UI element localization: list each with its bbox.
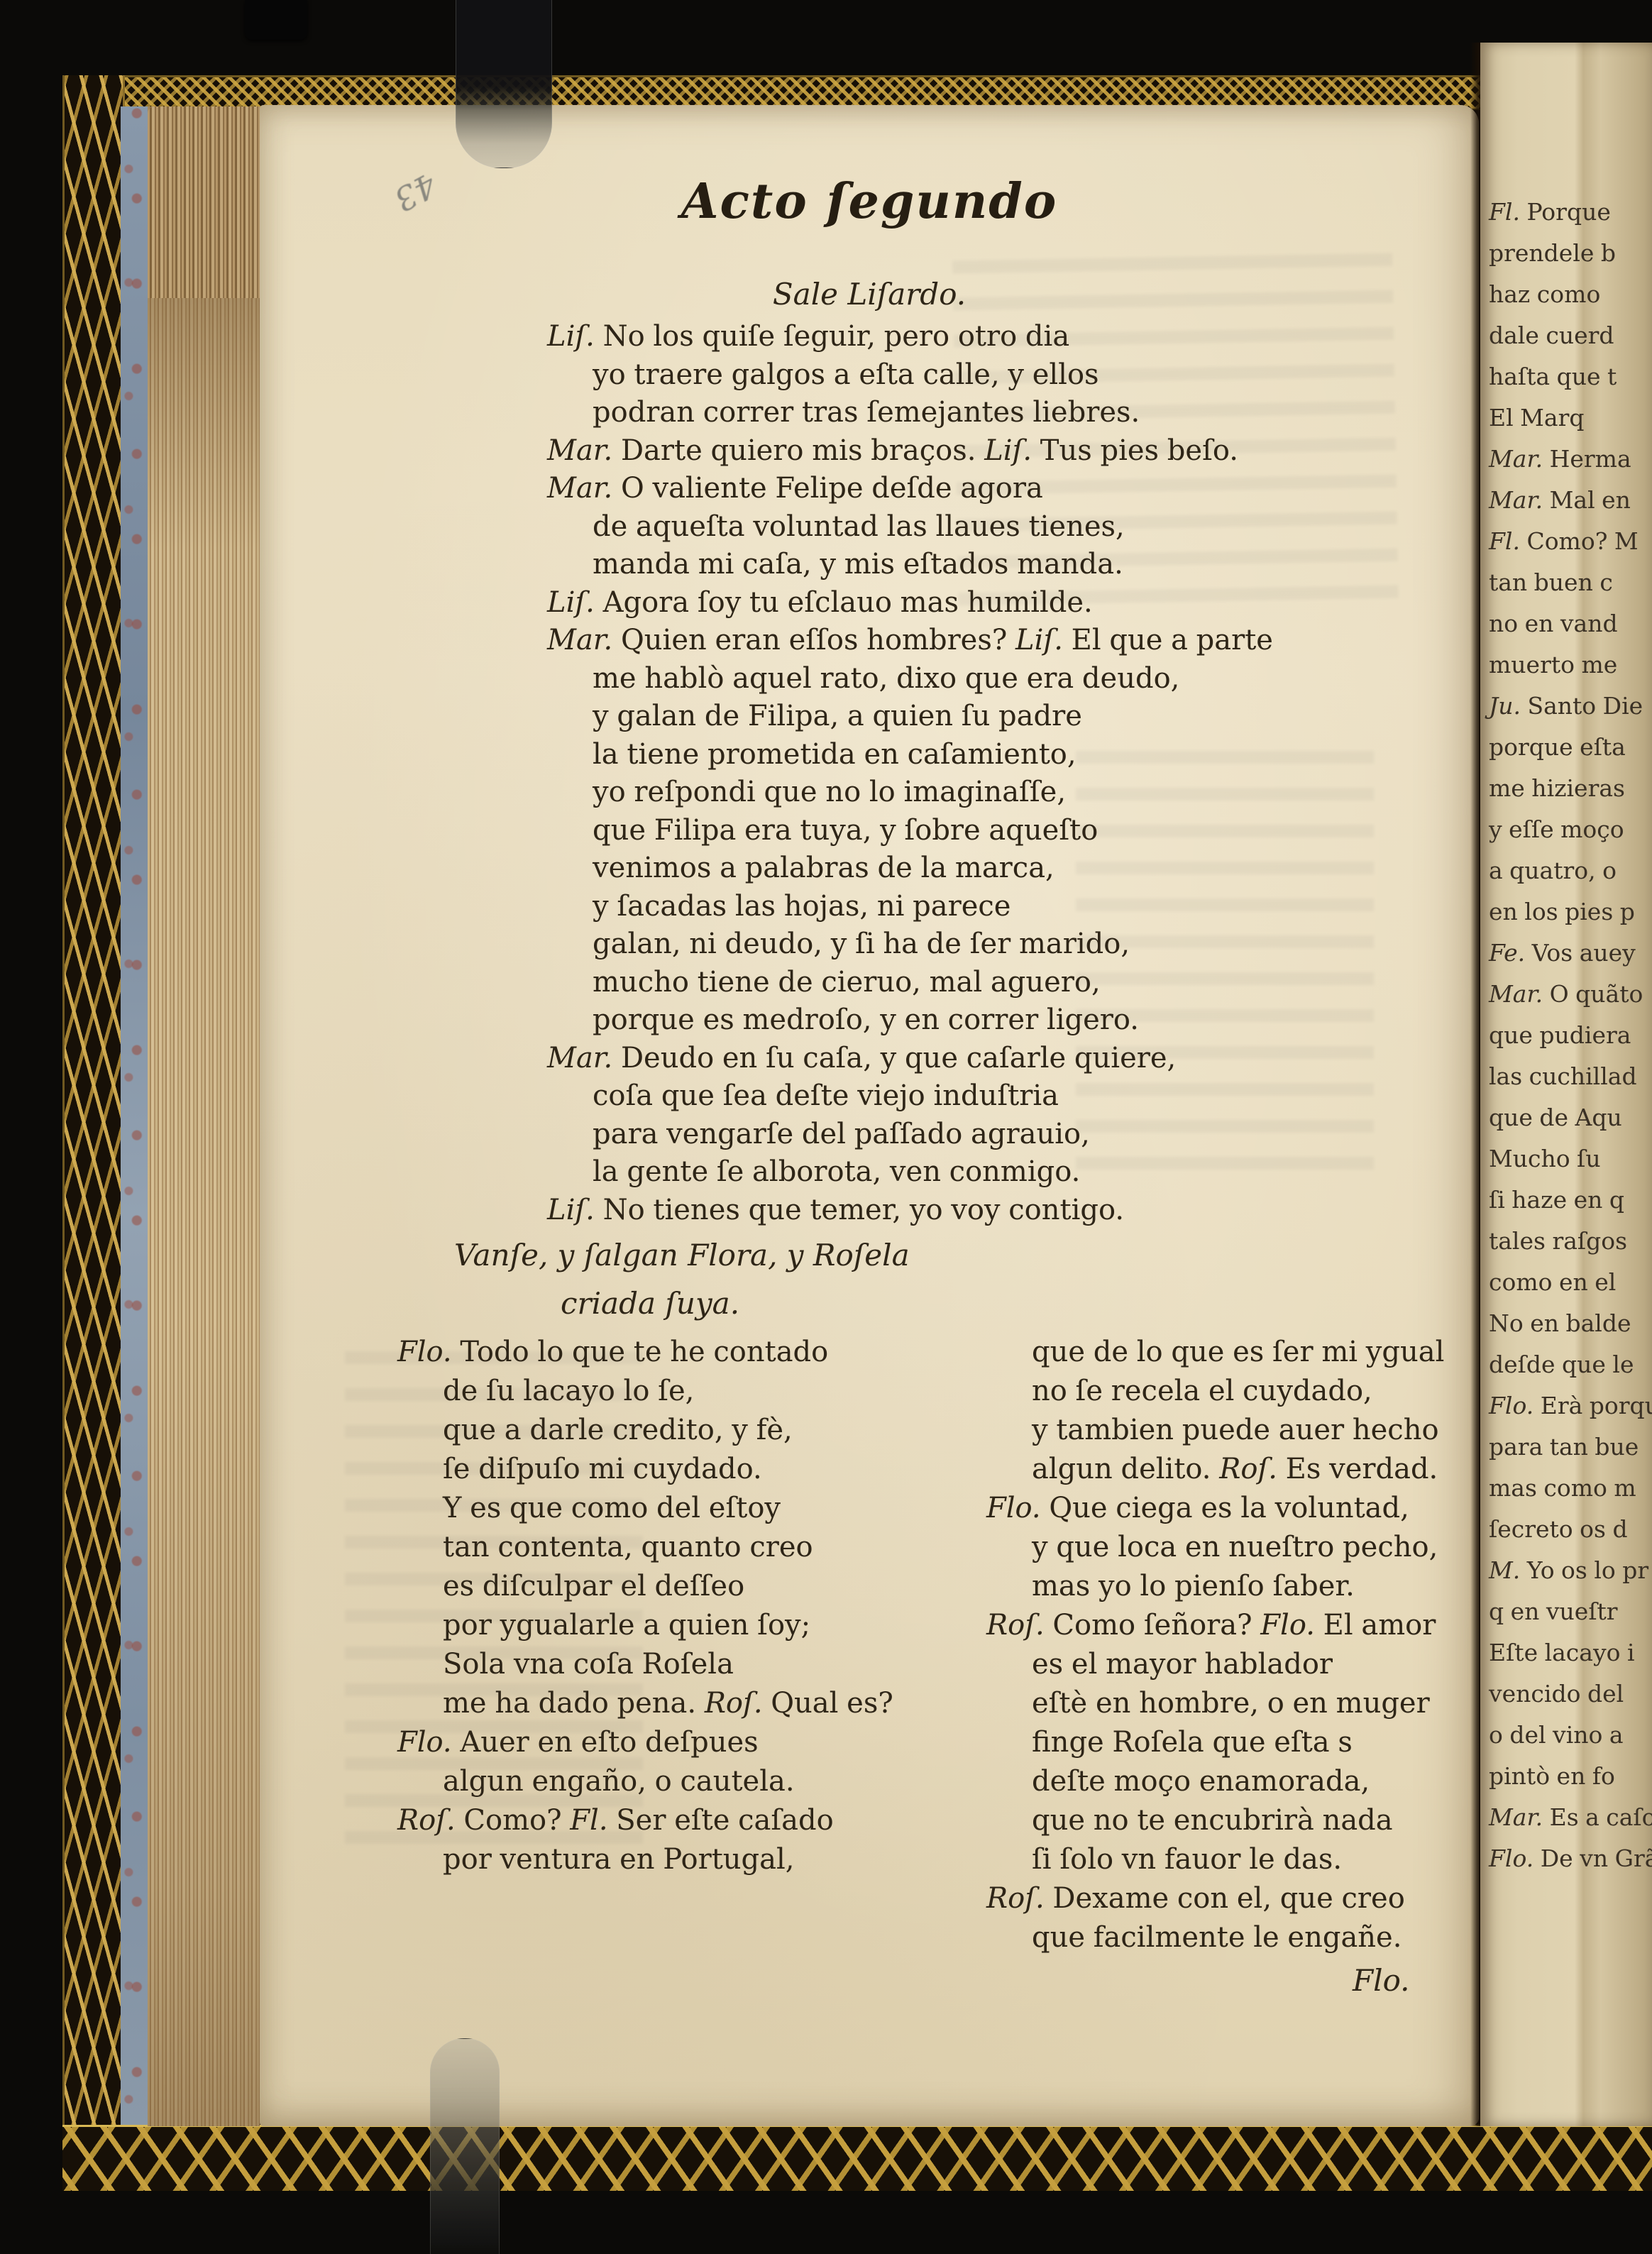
gilt-border-bottom	[62, 2125, 1652, 2191]
next-page-text: Fl. Porqueprendele bhaz comodale cuerdha…	[1480, 43, 1652, 1879]
verse-line: mas yo lo pienſo ſaber.	[986, 1567, 1444, 1606]
verse-line: mucho tiene de cieruo, mal aguero,	[547, 964, 1273, 1002]
verse-line: Mar. Deudo en ſu caſa, y que caſarle qui…	[547, 1040, 1273, 1078]
verse-line: Sola vna coſa Roſela	[397, 1645, 893, 1684]
verse-line: tan buen c	[1489, 562, 1652, 603]
verse-line: Liſ. Agora ſoy tu eſclauo mas humilde.	[547, 584, 1273, 622]
verse-line: Fe. Vos auey	[1489, 933, 1652, 974]
verse-line: Flo. De vn Grã	[1489, 1838, 1652, 1879]
verse-line: que Filipa era tuya, y ſobre aqueſto	[547, 812, 1273, 850]
act-heading: Acto ſegundo	[260, 173, 1479, 230]
verse-line: ſi haze en q	[1489, 1180, 1652, 1221]
verse-line: Fl. Como? M	[1489, 521, 1652, 562]
verse-line: por ygualarle a quien ſoy;	[397, 1606, 893, 1645]
verse-line: ſecreto os d	[1489, 1509, 1652, 1550]
verse-line: para vengarſe del paſſado agrauio,	[547, 1116, 1273, 1154]
verse-line: me hablò aquel rato, dixo que era deudo,	[547, 660, 1273, 698]
verse-line: Eſte lacayo i	[1489, 1632, 1652, 1673]
verse-line: ſe diſpuſo mi cuydado.	[397, 1450, 893, 1489]
verse-line: o del vino a	[1489, 1715, 1652, 1756]
verse-line: algun engaño, o cautela.	[397, 1762, 893, 1801]
verse-line: deſte moço enamorada,	[986, 1762, 1444, 1801]
verse-line: y galan de Filipa, a quien ſu padre	[547, 698, 1273, 736]
page-fore-edges	[148, 106, 260, 2126]
verse-line: pintò en fo	[1489, 1756, 1652, 1797]
verse-line: y eſſe moço	[1489, 809, 1652, 850]
marbled-endpaper-edge	[121, 106, 148, 2125]
page-fore-edges-top	[148, 106, 260, 298]
verse-line: eſtè en hombre, o en muger	[986, 1684, 1444, 1723]
book-page: 43 Acto ſegundo Sale Liſardo. Liſ. No lo…	[260, 105, 1479, 2126]
verse-line: muerto me	[1489, 644, 1652, 686]
verse-line: de ſu lacayo lo ſe,	[397, 1372, 893, 1411]
verse-line: es el mayor hablador	[986, 1645, 1444, 1684]
verse-line: no en vand	[1489, 603, 1652, 644]
verse-column-right: que de lo que es ſer mi ygualno ſe recel…	[986, 1333, 1444, 1957]
verse-line: tan contenta, quanto creo	[397, 1528, 893, 1567]
verse-line: mas como m	[1489, 1468, 1652, 1509]
verse-line: que a darle credito, y fè,	[397, 1411, 893, 1450]
verse-line: Mar. O quãto	[1489, 974, 1652, 1015]
verse-line: no ſe recela el cuydado,	[986, 1372, 1444, 1411]
verse-line: Mar. O valiente Felipe deſde agora	[547, 470, 1273, 508]
page-holder-clip-top	[456, 0, 552, 168]
verse-line: Y es que como del eſtoy	[397, 1489, 893, 1528]
verse-line: vencido del	[1489, 1673, 1652, 1715]
verse-line: la tiene prometida en caſamiento,	[547, 736, 1273, 774]
verse-line: Flo. Que ciega es la voluntad,	[986, 1489, 1444, 1528]
verse-line: y que loca en nueſtro pecho,	[986, 1528, 1444, 1567]
verse-line: que de Aqu	[1489, 1097, 1652, 1138]
verse-line: El Marq	[1489, 397, 1652, 439]
verse-line: haz como	[1489, 274, 1652, 315]
verse-line: manda mi caſa, y mis eſtados manda.	[547, 546, 1273, 584]
verse-line: Mar. Quien eran eſſos hombres? Liſ. El q…	[547, 622, 1273, 660]
verse-line: a quatro, o	[1489, 850, 1652, 891]
verse-line: podran correr tras ſemejantes liebres.	[547, 394, 1273, 432]
catchword: Flo.	[1353, 1963, 1409, 1998]
verse-line: Roſ. Como? Fl. Ser eſte caſado	[397, 1801, 893, 1840]
stage-exit-direction-line1: Vanſe, y ſalgan Flora, y Roſela	[454, 1238, 910, 1272]
verse-column-left: Flo. Todo lo que te he contadode ſu laca…	[397, 1333, 893, 1879]
verse-line: y ſacadas las hojas, ni parece	[547, 888, 1273, 926]
verse-line: como en el	[1489, 1262, 1652, 1303]
verse-line: tales raſgos	[1489, 1221, 1652, 1262]
verse-line: yo reſpondi que no lo imaginaſſe,	[547, 774, 1273, 812]
verse-line: es diſculpar el deſſeo	[397, 1567, 893, 1606]
verse-line: Roſ. Como ſeñora? Flo. El amor	[986, 1606, 1444, 1645]
verse-line: ſi ſolo vn fauor le das.	[986, 1840, 1444, 1879]
scene-entrance-direction: Sale Liſardo.	[260, 277, 1479, 312]
verse-line: las cuchillad	[1489, 1056, 1652, 1097]
verse-line: que de lo que es ſer mi ygual	[986, 1333, 1444, 1372]
verse-line: yo traere galgos a eſta calle, y ellos	[547, 356, 1273, 395]
verse-line: M. Yo os lo pr	[1489, 1550, 1652, 1591]
verse-line: en los pies p	[1489, 891, 1652, 933]
verse-line: Fl. Porque	[1489, 192, 1652, 233]
verse-line: para tan bue	[1489, 1426, 1652, 1468]
verse-line: haſta que t	[1489, 356, 1652, 397]
verse-line: galan, ni deudo, y ſi ha de ſer marido,	[547, 925, 1273, 964]
page-holder-clip-bottom	[430, 2038, 500, 2254]
verse-line: venimos a palabras de la marca,	[547, 850, 1273, 888]
stage-exit-direction-line2: criada ſuya.	[561, 1286, 739, 1321]
verse-line: porque eſta	[1489, 727, 1652, 768]
verse-line: por ventura en Portugal,	[397, 1840, 893, 1879]
verse-line: y tambien puede auer hecho	[986, 1411, 1444, 1450]
verse-line: Mar. Mal en	[1489, 480, 1652, 521]
verse-line: prendele b	[1489, 233, 1652, 274]
verse-line: que no te encubrirà nada	[986, 1801, 1444, 1840]
verse-line: Mar. Darte quiero mis braços. Liſ. Tus p…	[547, 432, 1273, 471]
verse-line: No en balde	[1489, 1303, 1652, 1344]
verse-line: deſde que le	[1489, 1344, 1652, 1385]
verse-line: finge Roſela que eſta s	[986, 1723, 1444, 1762]
verse-line: Liſ. No los quiſe ſeguir, pero otro dia	[547, 318, 1273, 356]
black-holder-tab	[245, 0, 307, 40]
verse-line: Roſ. Dexame con el, que creo	[986, 1879, 1444, 1918]
verse-line: Flo. Todo lo que te he contado	[397, 1333, 893, 1372]
book-photo: 43 Acto ſegundo Sale Liſardo. Liſ. No lo…	[0, 0, 1652, 2254]
verse-line: Flo. Erà porqu	[1489, 1385, 1652, 1426]
verse-line: algun delito. Roſ. Es verdad.	[986, 1450, 1444, 1489]
verse-line: Mucho ſu	[1489, 1138, 1652, 1180]
verse-line: Flo. Auer en eſto deſpues	[397, 1723, 893, 1762]
verse-line: me ha dado pena. Roſ. Qual es?	[397, 1684, 893, 1723]
verse-line: que facilmente le engañe.	[986, 1918, 1444, 1957]
verse-line: Ju. Santo Die	[1489, 686, 1652, 727]
verse-line: la gente ſe alborota, ven conmigo.	[547, 1153, 1273, 1192]
verse-line: Liſ. No tienes que temer, yo voy contigo…	[547, 1192, 1273, 1230]
verse-line: Mar. Herma	[1489, 439, 1652, 480]
verse-line: que pudiera	[1489, 1015, 1652, 1056]
verse-line: porque es medroſo, y en correr ligero.	[547, 1001, 1273, 1040]
verse-line: de aqueſta voluntad las llaues tienes,	[547, 508, 1273, 546]
gilt-border-left	[62, 75, 125, 2187]
verse-line: q en vueſtr	[1489, 1591, 1652, 1632]
verse-line: coſa que ſea deſte viejo induſtria	[547, 1077, 1273, 1116]
next-page-edge: Fl. Porqueprendele bhaz comodale cuerdha…	[1480, 43, 1652, 2126]
verse-block: Liſ. No los quiſe ſeguir, pero otro diay…	[547, 318, 1273, 1229]
verse-line: Mar. Es a caſo	[1489, 1797, 1652, 1838]
verse-line: dale cuerd	[1489, 315, 1652, 356]
verse-line: me hizieras	[1489, 768, 1652, 809]
